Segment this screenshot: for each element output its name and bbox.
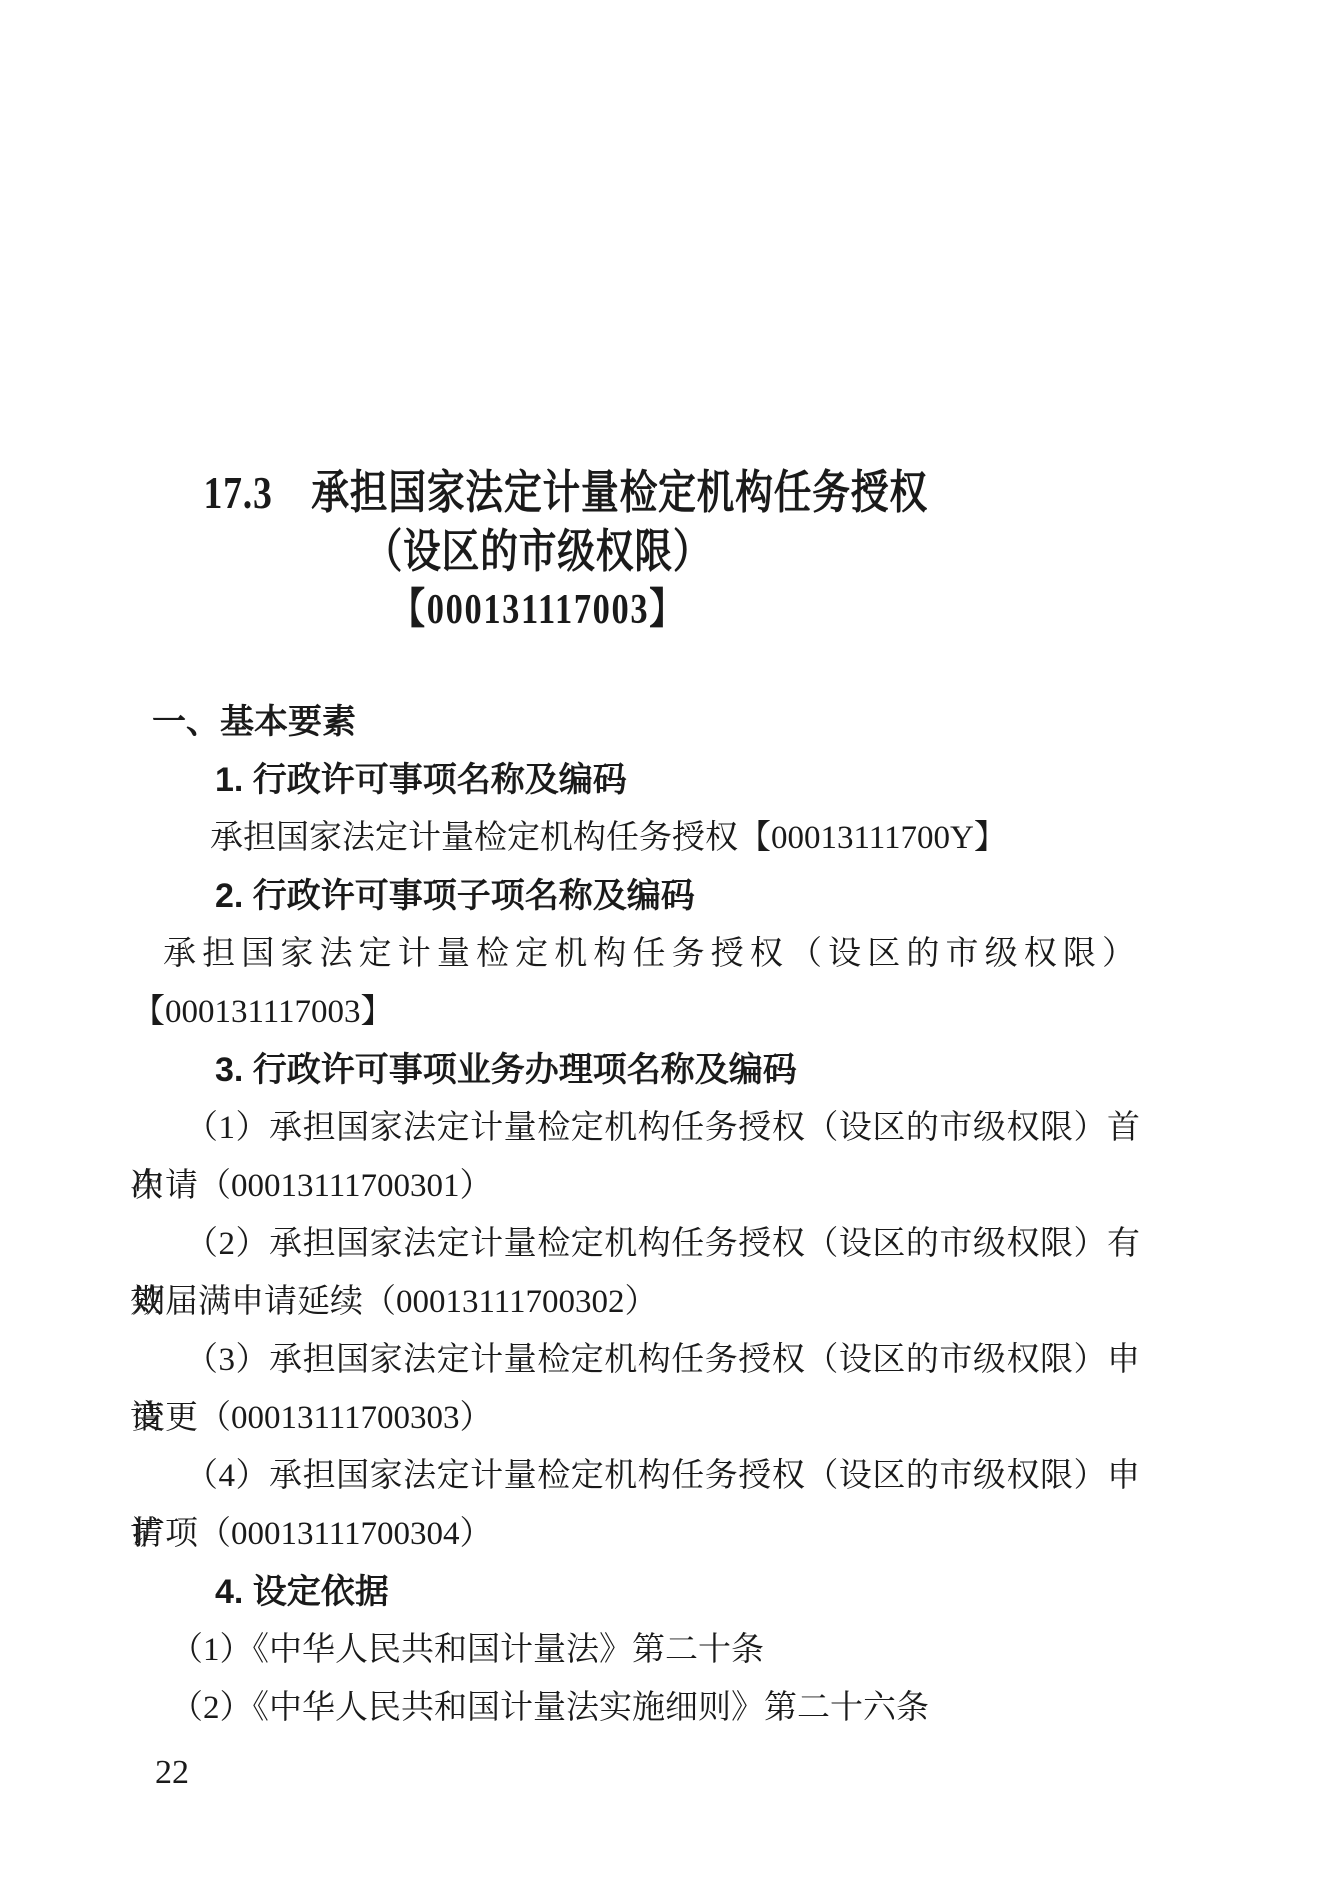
line-business-item-4b: 扩项（00013111700304） [130, 1505, 1140, 1563]
document-page: 17.3 承担国家法定计量检定机构任务授权 （设区的市级权限） 【0001311… [0, 0, 1339, 1890]
title-line-code: 【000131117003】 [203, 581, 872, 640]
title-line-2: （设区的市级权限） [203, 522, 872, 581]
line-business-item-1a: （1）承担国家法定计量检定机构任务授权（设区的市级权限）首次 [130, 1099, 1140, 1157]
subheading-business-items: 3. 行政许可事项业务办理项名称及编码 [130, 1041, 1140, 1099]
subheading-item-name-code: 1. 行政许可事项名称及编码 [130, 751, 1140, 809]
line-business-item-3b: 变更（00013111700303） [130, 1389, 1140, 1447]
document-body: 一、基本要素 1. 行政许可事项名称及编码 承担国家法定计量检定机构任务授权【0… [130, 693, 1140, 1737]
document-title: 17.3 承担国家法定计量检定机构任务授权 （设区的市级权限） 【0001311… [130, 463, 946, 640]
line-subitem-name: 承担国家法定计量检定机构任务授权（设区的市级权限） [130, 925, 1140, 983]
line-business-item-4a: （4）承担国家法定计量检定机构任务授权（设区的市级权限）申请 [130, 1447, 1140, 1505]
section-heading-basic-elements: 一、基本要素 [130, 693, 1140, 751]
subheading-legal-basis: 4. 设定依据 [130, 1563, 1140, 1621]
line-business-item-3a: （3）承担国家法定计量检定机构任务授权（设区的市级权限）申请 [130, 1331, 1140, 1389]
line-business-item-2a: （2）承担国家法定计量检定机构任务授权（设区的市级权限）有效 [130, 1215, 1140, 1273]
line-legal-basis-2: （2）《中华人民共和国计量法实施细则》第二十六条 [130, 1679, 1140, 1737]
line-item-name-code-value: 承担国家法定计量检定机构任务授权【00013111700Y】 [130, 809, 1140, 867]
line-legal-basis-1: （1）《中华人民共和国计量法》第二十条 [130, 1621, 1140, 1679]
subheading-subitem-name-code: 2. 行政许可事项子项名称及编码 [130, 867, 1140, 925]
title-line-1: 17.3 承担国家法定计量检定机构任务授权 [203, 463, 872, 522]
line-business-item-1b: 申请（00013111700301） [130, 1157, 1140, 1215]
line-subitem-code: 【000131117003】 [130, 983, 1140, 1041]
page-number: 22 [155, 1753, 189, 1793]
line-business-item-2b: 期届满申请延续（00013111700302） [130, 1273, 1140, 1331]
